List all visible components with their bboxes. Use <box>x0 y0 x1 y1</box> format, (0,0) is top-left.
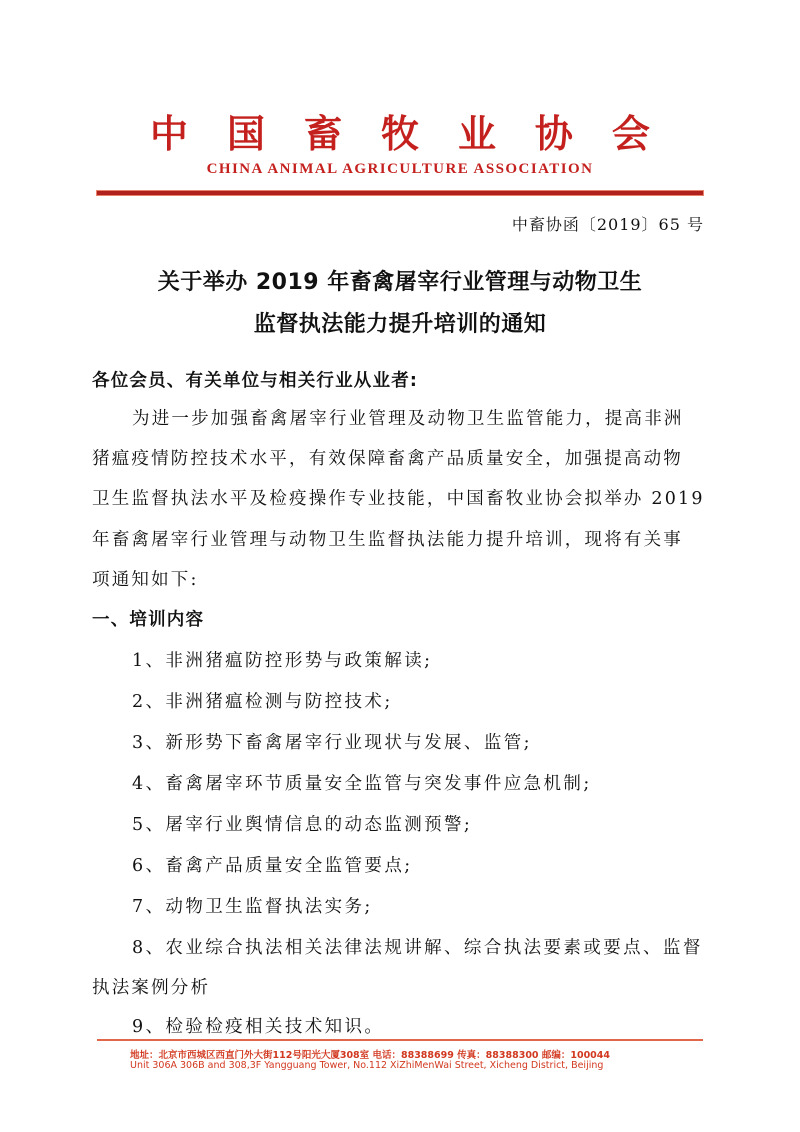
footer-address-en: Unit 306A 306B and 308,3F Yangguang Towe… <box>130 1060 603 1071</box>
list-item-continuation: 执法案例分析 <box>92 974 712 999</box>
document-page: 中 国 畜 牧 业 协 会 CHINA ANIMAL AGRICULTURE A… <box>0 0 800 1132</box>
intro-paragraph-line: 为进一步加强畜禽屠宰行业管理及动物卫生监管能力，提高非洲 <box>132 405 752 430</box>
letterhead-org-name-cn: 中 国 畜 牧 业 协 会 <box>150 112 650 156</box>
list-item: 1、非洲猪瘟防控形势与政策解读; <box>132 647 752 672</box>
document-number: 中畜协函〔2019〕65 号 <box>512 212 704 235</box>
list-item: 5、屠宰行业舆情信息的动态监测预警; <box>132 811 752 836</box>
list-item: 9、检验检疫相关技术知识。 <box>132 1013 752 1038</box>
salutation: 各位会员、有关单位与相关行业从业者: <box>92 367 712 392</box>
intro-paragraph-line: 年畜禽屠宰行业管理与动物卫生监督执法能力提升培训，现将有关事 <box>92 526 712 551</box>
intro-paragraph-line: 猪瘟疫情防控技术水平，有效保障畜禽产品质量安全，加强提高动物 <box>92 445 712 470</box>
intro-paragraph-line: 卫生监督执法水平及检疫操作专业技能，中国畜牧业协会拟举办 2019 <box>92 485 712 510</box>
list-item: 3、新形势下畜禽屠宰行业现状与发展、监管; <box>132 729 752 754</box>
letterhead-char: 牧 <box>381 112 419 156</box>
letterhead-org-name-en: CHINA ANIMAL AGRICULTURE ASSOCIATION <box>138 161 662 178</box>
document-title-line-1: 关于举办 2019 年畜禽屠宰行业管理与动物卫生 <box>0 265 800 296</box>
footer-address-cn: 地址：北京市西城区西直门外大街112号阳光大厦308室 电话：88388699 … <box>130 1047 610 1061</box>
letterhead-char: 协 <box>535 112 573 156</box>
letterhead-char: 业 <box>458 112 496 156</box>
list-item: 6、畜禽产品质量安全监管要点; <box>132 852 752 877</box>
letterhead-char: 中 <box>150 112 188 156</box>
letterhead-char: 国 <box>227 112 265 156</box>
list-item: 2、非洲猪瘟检测与防控技术; <box>132 688 752 713</box>
section-heading: 一、培训内容 <box>92 606 712 631</box>
list-item: 7、动物卫生监督执法实务; <box>132 893 752 918</box>
document-title-line-2: 监督执法能力提升培训的通知 <box>0 307 800 338</box>
intro-paragraph-line: 项通知如下: <box>92 566 712 591</box>
letterhead-divider <box>97 191 703 195</box>
letterhead-char: 会 <box>612 112 650 156</box>
list-item: 4、畜禽屠宰环节质量安全监管与突发事件应急机制; <box>132 770 752 795</box>
list-item: 8、农业综合执法相关法律法规讲解、综合执法要素或要点、监督 <box>132 934 752 959</box>
footer-divider <box>97 1039 703 1041</box>
letterhead-char: 畜 <box>304 112 342 156</box>
